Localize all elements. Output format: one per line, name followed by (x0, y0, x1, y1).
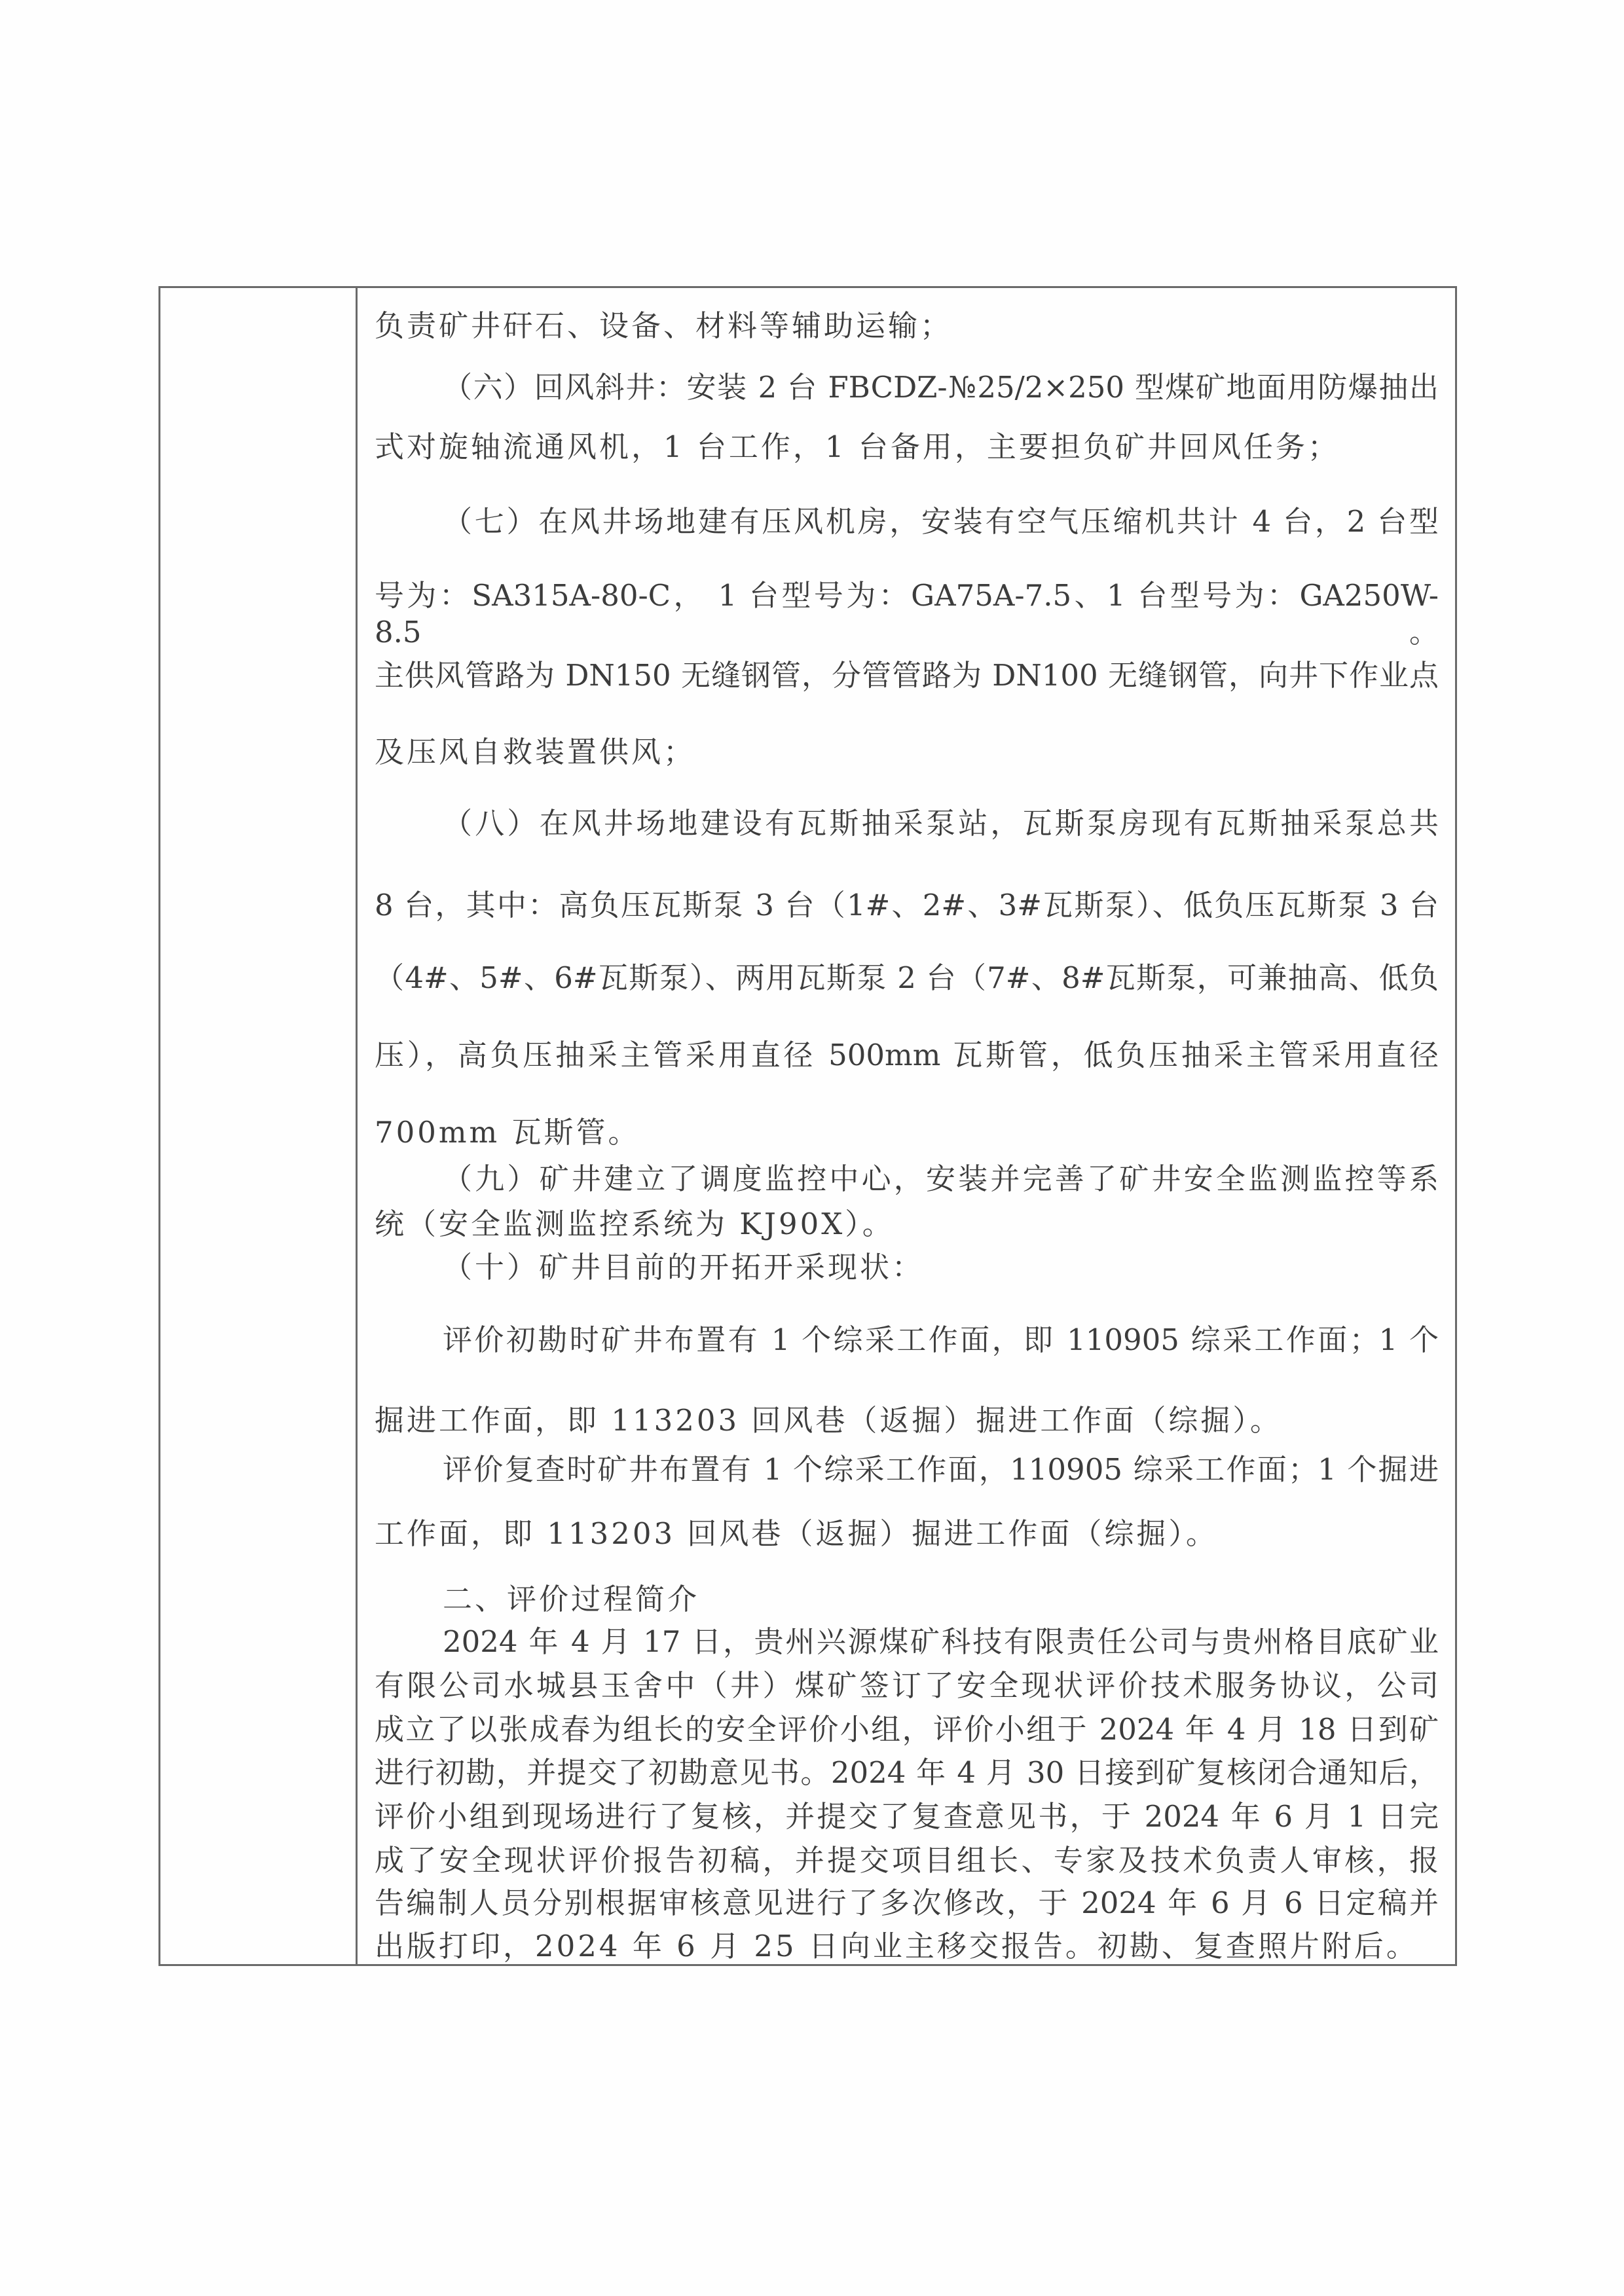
text-line: 评价初勘时矿井布置有 1 个综采工作面，即 110905 综采工作面；1 个 (443, 1322, 1439, 1358)
text-line: 负责矿井矸石、设备、材料等辅助运输； (375, 308, 1439, 344)
section-heading: 二、评价过程简介 (443, 1581, 1439, 1618)
table-left-cell (160, 288, 356, 1964)
text-line: 及压风自救装置供风； (375, 734, 1439, 771)
text-line: 有限公司水城县玉舍中（井）煤矿签订了安全现状评价技术服务协议，公司 (375, 1667, 1439, 1704)
text-line: 评价复查时矿井布置有 1 个综采工作面，110905 综采工作面；1 个掘进 (443, 1451, 1439, 1488)
text-line: （七）在风井场地建有压风机房，安装有空气压缩机共计 4 台，2 台型 (443, 503, 1439, 540)
text-line: 进行初勘，并提交了初勘意见书。2024 年 4 月 30 日接到矿复核闭合通知后… (375, 1755, 1439, 1791)
text-line: 2024 年 4 月 17 日，贵州兴源煤矿科技有限责任公司与贵州格目底矿业 (443, 1624, 1439, 1660)
document-page: 负责矿井矸石、设备、材料等辅助运输； （六）回风斜井：安装 2 台 FBCDZ-… (0, 0, 1624, 2296)
text-line: （八）在风井场地建设有瓦斯抽采泵站，瓦斯泵房现有瓦斯抽采泵总共 (443, 805, 1439, 842)
text-line: 告编制人员分别根据审核意见进行了多次修改，于 2024 年 6 月 6 日定稿并 (375, 1885, 1439, 1922)
text-line: 主供风管路为 DN150 无缝钢管，分管管路为 DN100 无缝钢管，向井下作业… (375, 657, 1439, 694)
text-line: 出版打印，2024 年 6 月 25 日向业主移交报告。初勘、复查照片附后。 (375, 1928, 1439, 1965)
text-line: 评价小组到现场进行了复核，并提交了复查意见书，于 2024 年 6 月 1 日完 (375, 1798, 1439, 1835)
text-line: 式对旋轴流通风机，1 台工作，1 台备用，主要担负矿井回风任务； (375, 429, 1439, 465)
text-line: 成立了以张成春为组长的安全评价小组，评价小组于 2024 年 4 月 18 日到… (375, 1711, 1439, 1748)
text-line: （4#、5#、6#瓦斯泵）、两用瓦斯泵 2 台（7#、8#瓦斯泵，可兼抽高、低负 (375, 960, 1439, 996)
text-line: （十）矿井目前的开拓开采现状： (443, 1249, 1439, 1286)
text-line: 掘进工作面，即 113203 回风巷（返掘）掘进工作面（综掘）。 (375, 1402, 1439, 1439)
text-line: 工作面，即 113203 回风巷（返掘）掘进工作面（综掘）。 (375, 1516, 1439, 1552)
text-line: 压），高负压抽采主管采用直径 500mm 瓦斯管，低负压抽采主管采用直径 (375, 1037, 1439, 1074)
text-line: （六）回风斜井：安装 2 台 FBCDZ-№25/2×250 型煤矿地面用防爆抽… (443, 369, 1439, 406)
text-line: 700mm 瓦斯管。 (375, 1114, 1439, 1151)
text-line: （九）矿井建立了调度监控中心，安装并完善了矿井安全监测监控等系 (443, 1161, 1439, 1197)
text-line: 成了安全现状评价报告初稿，并提交项目组长、专家及技术负责人审核，报 (375, 1842, 1439, 1879)
text-line: 8 台，其中：高负压瓦斯泵 3 台（1#、2#、3#瓦斯泵）、低负压瓦斯泵 3 … (375, 887, 1439, 924)
text-line: 号为：SA315A-80-C， 1 台型号为：GA75A-7.5、1 台型号为：… (375, 577, 1439, 614)
text-line: 统（安全监测监控系统为 KJ90X）。 (375, 1206, 1439, 1243)
